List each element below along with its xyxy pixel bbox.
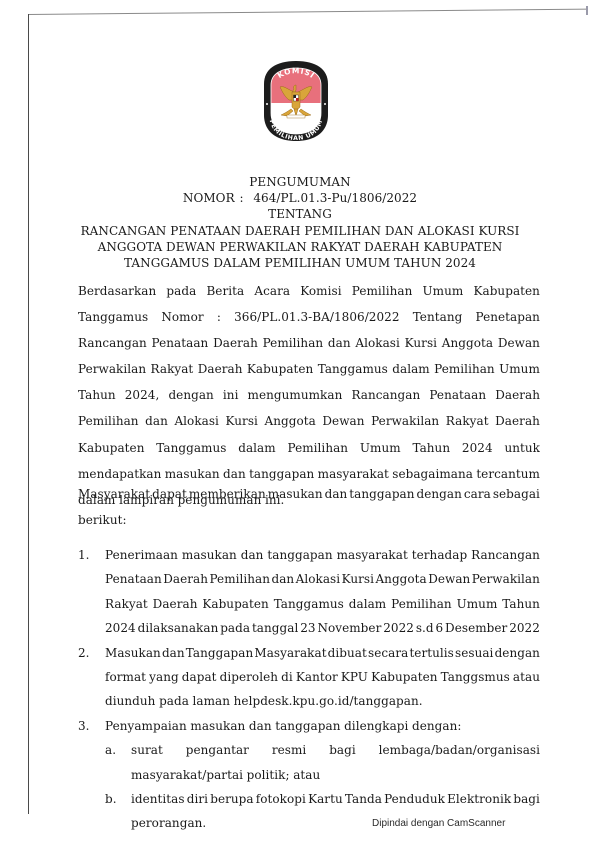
kpu-logo-icon: KOMISI PEMILIHAN UMUM (261, 59, 331, 143)
text-line: PerwakilanRakyatDaerahKabupatenTanggamus… (78, 356, 540, 382)
text-line: RancanganPenataanDaerahPemilihandanAloka… (78, 330, 540, 356)
text-line: PenataanDaerahPemilihandanAlokasiKursiAn… (105, 567, 540, 591)
text-line: berikut: (78, 507, 540, 533)
intro-paragraph: BerdasarkanpadaBeritaAcaraKomisiPemiliha… (78, 278, 540, 513)
procedure-list: 1.Penerimaanmasukandantanggapanmasyaraka… (78, 543, 540, 836)
list-item: 2.MasukandanTanggapanMasyarakatdibuatsec… (78, 641, 540, 714)
text-line: TanggamusNomor:366/PL.01.3-BA/1806/2022T… (78, 304, 540, 330)
text-line: MasukandanTanggapanMasyarakatdibuatsecar… (105, 641, 540, 665)
list-item-number: 2. (78, 641, 90, 665)
text-line: Masyarakatdapatmemberikanmasukandantangg… (78, 481, 540, 507)
heading-about: TENTANG (60, 206, 540, 222)
text-line: formatyangdapatdiperolehdiKantorKPUKabup… (105, 665, 540, 689)
heading-subject-line: RANCANGAN PENATAAN DAERAH PEMILIHAN DAN … (60, 223, 540, 239)
list-item-number: 1. (78, 543, 90, 567)
sub-list-item-letter: b. (105, 787, 117, 811)
sub-list-item: a.suratpengantarresmibagilembaga/badan/o… (105, 738, 540, 787)
text-line: PemilihandanAlokasiKursiAnggotaDewanPerw… (78, 408, 540, 434)
text-line: RakyatDaerahKabupatenTanggamusdalamPemil… (105, 592, 540, 616)
page-border-right-mark (586, 6, 588, 15)
text-line: identitasdiriberupafotokopiKartuTandaPen… (131, 787, 540, 811)
text-line: Penyampaianmasukandantanggapandilengkapi… (105, 714, 540, 738)
heading-subject-line: TANGGAMUS DALAM PEMILIHAN UMUM TAHUN 202… (60, 255, 540, 271)
list-item-number: 3. (78, 714, 90, 738)
page-border-left (28, 14, 29, 814)
text-line: Tahun2024,denganinimengumumkanRancanganP… (78, 382, 540, 408)
sub-list-item-letter: a. (105, 738, 116, 762)
heading-title: PENGUMUMAN (60, 174, 540, 190)
text-line: BerdasarkanpadaBeritaAcaraKomisiPemiliha… (78, 278, 540, 304)
text-line: 2024dilaksanakanpadatanggal23November202… (105, 616, 540, 640)
text-line: masyarakat/partaipolitik;atau (131, 763, 540, 787)
heading-number: NOMOR : 464/PL.01.3-Pu/1806/2022 (60, 190, 540, 206)
list-item: 1.Penerimaanmasukandantanggapanmasyaraka… (78, 543, 540, 641)
text-line: KabupatenTanggamusdalamPemilihanUmumTahu… (78, 435, 540, 461)
text-line: diunduhpadalamanhelpdesk.kpu.go.id/tangg… (105, 689, 540, 713)
text-line: Penerimaanmasukandantanggapanmasyarakatt… (105, 543, 540, 567)
heading-subject-line: ANGGOTA DEWAN PERWAKILAN RAKYAT DAERAH K… (60, 239, 540, 255)
page-border-top (28, 9, 588, 15)
text-line: suratpengantarresmibagilembaga/badan/org… (131, 738, 540, 762)
camscanner-watermark: Dipindai dengan CamScanner (372, 818, 505, 829)
instructions-paragraph: Masyarakatdapatmemberikanmasukandantangg… (78, 481, 540, 533)
announcement-heading: PENGUMUMAN NOMOR : 464/PL.01.3-Pu/1806/2… (60, 174, 540, 271)
